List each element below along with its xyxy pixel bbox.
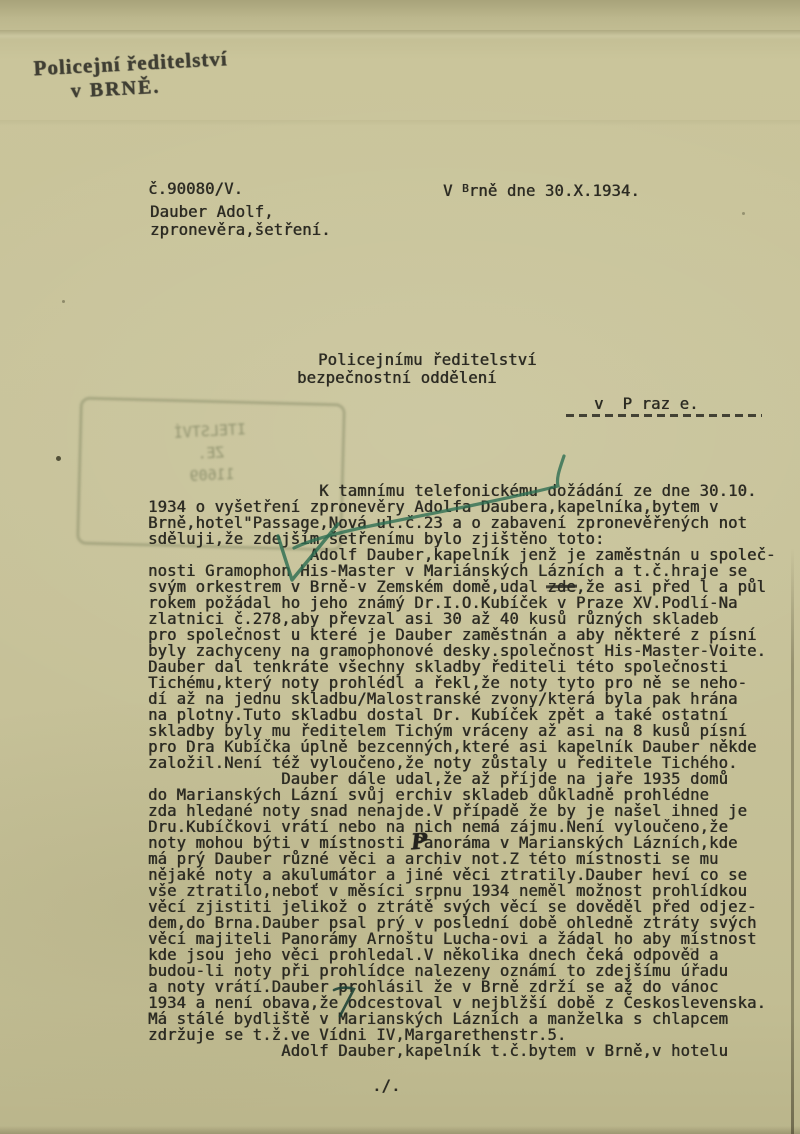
date-rest: rně dne 30.X.1934.: [469, 182, 640, 200]
ink-speck: [742, 212, 745, 215]
paper-crease-top: [0, 30, 800, 40]
text-line: Dauber dále udal,že až příjde na jaře 19…: [148, 771, 788, 787]
text-line: 1934 a není obava,že odcestoval v nejblž…: [148, 995, 788, 1011]
text-line: vše ztratilo,neboť v měsíci srpnu 1934 n…: [148, 883, 788, 899]
place-date-line: V Brně dne 30.X.1934.: [443, 181, 640, 199]
text-line: nosti Gramophon His-Master v Mariánských…: [148, 563, 788, 579]
recipient-line2: bezpečnostní oddělení: [297, 370, 497, 386]
footer-mark: ./.: [372, 1078, 401, 1094]
text-line: dí až na jednu skladbu/Malostranské zvon…: [148, 691, 788, 707]
body-text: K tamnímu telefonickému dožádání ze dne …: [148, 483, 788, 1059]
text-line: sděluji,že zdejším šetřenímu bylo zjiště…: [148, 531, 788, 547]
text-line: svým orkestrem v Brně-v Zemském domě,uda…: [148, 579, 788, 595]
text-line: pro Dra Kubíčka úplně bezcenných,které a…: [148, 739, 788, 755]
subject-name: Dauber Adolf,: [150, 204, 274, 220]
text-line: věcí majiteli Panorámy Arnoštu Lucha-ovi…: [148, 931, 788, 947]
text-line: Dru.Kubíčkovi vrátí nebo na nich nemá zá…: [148, 819, 788, 835]
text-line: zda hledané noty snad nenajde.V případě …: [148, 803, 788, 819]
ink-speck: [62, 300, 65, 303]
text-line: na plotny.Tuto skladbu dostal Dr. Kubíče…: [148, 707, 788, 723]
text-line: věcí zjistiti jelikož o ztrátě svých věc…: [148, 899, 788, 915]
text-line: zlatnici č.278,aby převzal asi 30 až 40 …: [148, 611, 788, 627]
bleedthrough-stamp-text: ITELSTVÍ ZE. 11609: [94, 414, 327, 492]
text-line: nějaké noty a akulumátor a jiné věci ztr…: [148, 867, 788, 883]
text-line: noty mohou býti v místnosti Panoráma v M…: [148, 835, 788, 851]
recipient-city: v P raz e.: [594, 396, 699, 412]
paper-crease-mid: [0, 120, 800, 126]
text-line: a noty vrátí.Dauber prohlásil že v Brně …: [148, 979, 788, 995]
text-line: založil.Není též vyloučeno,že noty zůsta…: [148, 755, 788, 771]
text-line: má prý Dauber různé věci a archiv not.Z …: [148, 851, 788, 867]
text-line: byly zachyceny na gramophonové desky.spo…: [148, 643, 788, 659]
text-line: pro společnost u které je Dauber zaměstn…: [148, 627, 788, 643]
text-line: Brně,hotel"Passage,Nová ul.č.23 a o zaba…: [148, 515, 788, 531]
subject-matter: zpronevěra,šetření.: [150, 222, 331, 238]
ink-speck: [56, 456, 61, 461]
page-edge-shadow: [791, 548, 794, 1134]
text-line: skladby byly mu ředitelem Tichým vráceny…: [148, 723, 788, 739]
text-line: Adolf Dauber,kapelník jenž je zaměstnán …: [148, 547, 788, 563]
date-superscript-b: B: [462, 182, 469, 195]
city-dashed-underline: [566, 414, 762, 417]
ref-number: č.90080/V.: [148, 181, 243, 197]
text-line: Dauber dal tenkráte všechny skladby ředi…: [148, 659, 788, 675]
text-line: dem,do Brna.Dauber psal prý v poslední d…: [148, 915, 788, 931]
text-line: zdržuje se t.ž.ve Vídni IV,Margarethenst…: [148, 1027, 788, 1043]
page-bottom-shadow: [0, 1126, 800, 1134]
overtyped-letter-p: P: [410, 828, 428, 855]
text-line: Má stálé bydliště v Marianských Lázních …: [148, 1011, 788, 1027]
document-page: ITELSTVÍ ZE. 11609 Policejní ředitelství…: [0, 0, 800, 1134]
text-line: Adolf Dauber,kapelník t.č.bytem v Brně,v…: [148, 1043, 788, 1059]
text-line: budou-li noty při prohlídce nalezeny ozn…: [148, 963, 788, 979]
text-line: 1934 o vyšetření zpronevěry Adolfa Daube…: [148, 499, 788, 515]
recipient-line1: Policejnímu ředitelství: [318, 352, 537, 368]
letterhead-stamp: Policejní ředitelství v BRNĚ.: [33, 44, 275, 105]
text-line: Tichému,který noty prohlédl a řekl,že no…: [148, 675, 788, 691]
text-line: kde jsou jeho věci prohledal.V několika …: [148, 947, 788, 963]
text-line: do Marianských Lázní svůj erchiv skladeb…: [148, 787, 788, 803]
date-prefix: V: [443, 182, 462, 200]
text-line: K tamnímu telefonickému dožádání ze dne …: [148, 483, 788, 499]
text-line: rokem požádal ho jeho známý Dr.I.O.Kubíč…: [148, 595, 788, 611]
